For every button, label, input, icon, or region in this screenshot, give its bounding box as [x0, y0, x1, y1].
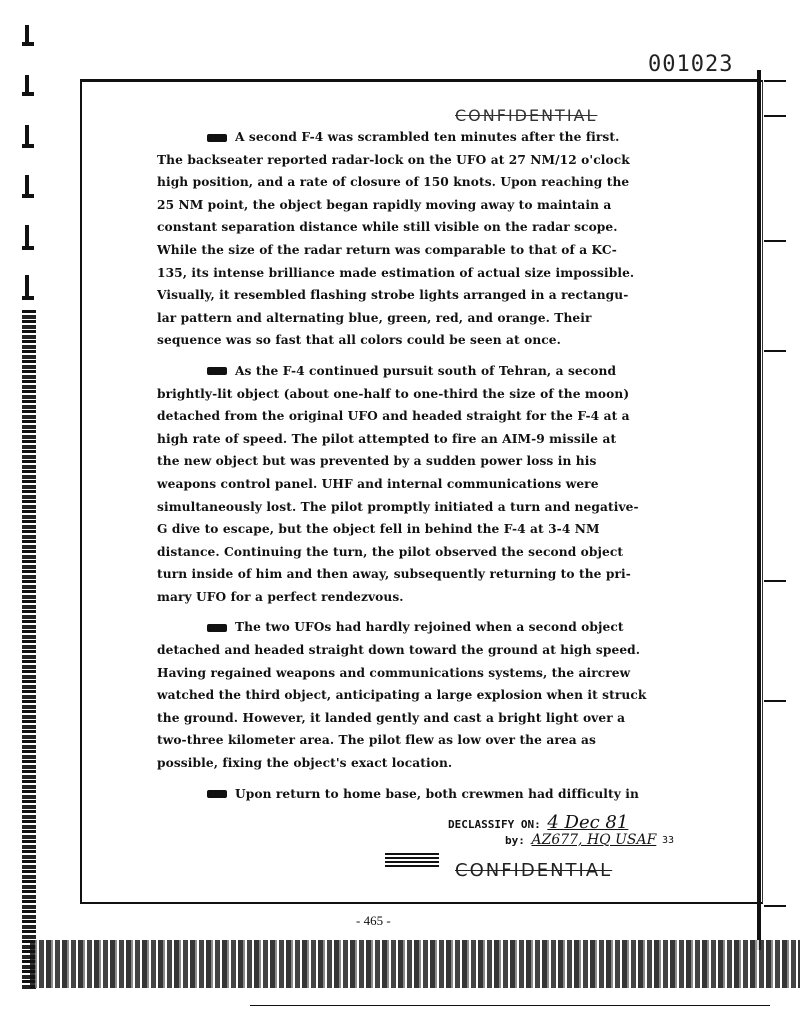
- document-number: 001023: [648, 52, 733, 77]
- right-tick: [764, 240, 786, 242]
- redaction-scribble-icon: [385, 853, 439, 867]
- declassify-date: 4 Dec 81: [547, 812, 628, 833]
- paragraph-line: the ground. However, it landed gently an…: [157, 707, 647, 730]
- right-tick: [764, 905, 786, 907]
- paragraph-line: the new object but was prevented by a su…: [157, 450, 647, 473]
- classification-stamp-top: CONFIDENTIAL: [455, 106, 597, 125]
- paragraph-line: sequence was so fast that all colors cou…: [157, 329, 647, 352]
- declassify-label: DECLASSIFY ON:: [448, 818, 541, 831]
- left-margin-binding-marks: [22, 20, 38, 1000]
- paragraph-1: A second F-4 was scrambled ten minutes a…: [157, 126, 647, 352]
- right-tick: [764, 350, 786, 352]
- margin-mark: [25, 25, 29, 45]
- declassify-authority-value: AZ677, HQ USAF: [532, 832, 657, 848]
- paragraph-2: As the F-4 continued pursuit south of Te…: [157, 360, 647, 609]
- paragraph-line: A second F-4 was scrambled ten minutes a…: [157, 126, 647, 149]
- paragraph-line: The two UFOs had hardly rejoined when a …: [157, 616, 647, 639]
- paragraph-line: distance. Continuing the turn, the pilot…: [157, 541, 647, 564]
- paragraph-line: watched the third object, anticipating a…: [157, 684, 647, 707]
- margin-mark: [25, 175, 29, 197]
- paragraph-line: two-three kilometer area. The pilot flew…: [157, 729, 647, 752]
- bottom-rule: [250, 1005, 770, 1006]
- right-binding-bar: [757, 70, 761, 950]
- paragraph-line: high position, and a rate of closure of …: [157, 171, 647, 194]
- page-number: - 465 -: [356, 913, 391, 929]
- paragraph-line: Visually, it resembled flashing strobe l…: [157, 284, 647, 307]
- paragraph-line: detached from the original UFO and heade…: [157, 405, 647, 428]
- margin-mark: [25, 225, 29, 249]
- bottom-scan-noise: [30, 940, 800, 988]
- paragraph-line: detached and headed straight down toward…: [157, 639, 647, 662]
- declassify-stamp: DECLASSIFY ON: 4 Dec 81: [448, 812, 628, 833]
- margin-scan-noise: [22, 310, 36, 990]
- paragraph-4: Upon return to home base, both crewmen h…: [157, 783, 647, 806]
- paragraph-line: turn inside of him and then away, subseq…: [157, 563, 647, 586]
- paragraph-line: 25 NM point, the object began rapidly mo…: [157, 194, 647, 217]
- margin-mark: [25, 125, 29, 147]
- right-tick: [764, 115, 786, 117]
- paragraph-line: brightly-lit object (about one-half to o…: [157, 383, 647, 406]
- paragraph-3: The two UFOs had hardly rejoined when a …: [157, 616, 647, 774]
- right-tick: [764, 700, 786, 702]
- paragraph-line: simultaneously lost. The pilot promptly …: [157, 496, 647, 519]
- right-tick: [764, 580, 786, 582]
- paragraph-line: lar pattern and alternating blue, green,…: [157, 307, 647, 330]
- paragraph-line: The backseater reported radar-lock on th…: [157, 149, 647, 172]
- redaction-mark-icon: [207, 134, 227, 142]
- redaction-mark-icon: [207, 367, 227, 375]
- paragraph-line: G dive to escape, but the object fell in…: [157, 518, 647, 541]
- classification-stamp-bottom: CONFIDENTIAL: [455, 860, 612, 881]
- paragraph-line: weapons control panel. UHF and internal …: [157, 473, 647, 496]
- margin-mark: [25, 275, 29, 299]
- paragraph-line: constant separation distance while still…: [157, 216, 647, 239]
- redaction-mark-icon: [207, 790, 227, 798]
- right-tick: [764, 80, 786, 82]
- paragraph-line: As the F-4 continued pursuit south of Te…: [157, 360, 647, 383]
- declassify-authority: by: AZ677, HQ USAF: [505, 832, 656, 848]
- paragraph-line: Having regained weapons and communicatio…: [157, 662, 647, 685]
- margin-mark: [25, 75, 29, 95]
- declassify-by-label: by:: [505, 834, 525, 847]
- paragraph-line: Upon return to home base, both crewmen h…: [157, 783, 647, 806]
- redaction-mark-icon: [207, 624, 227, 632]
- paragraph-line: mary UFO for a perfect rendezvous.: [157, 586, 647, 609]
- paragraph-line: While the size of the radar return was c…: [157, 239, 647, 262]
- paragraph-line: possible, fixing the object's exact loca…: [157, 752, 647, 775]
- document-body: A second F-4 was scrambled ten minutes a…: [157, 126, 647, 813]
- folio-number: 33: [662, 835, 674, 846]
- paragraph-line: 135, its intense brilliance made estimat…: [157, 262, 647, 285]
- paragraph-line: high rate of speed. The pilot attempted …: [157, 428, 647, 451]
